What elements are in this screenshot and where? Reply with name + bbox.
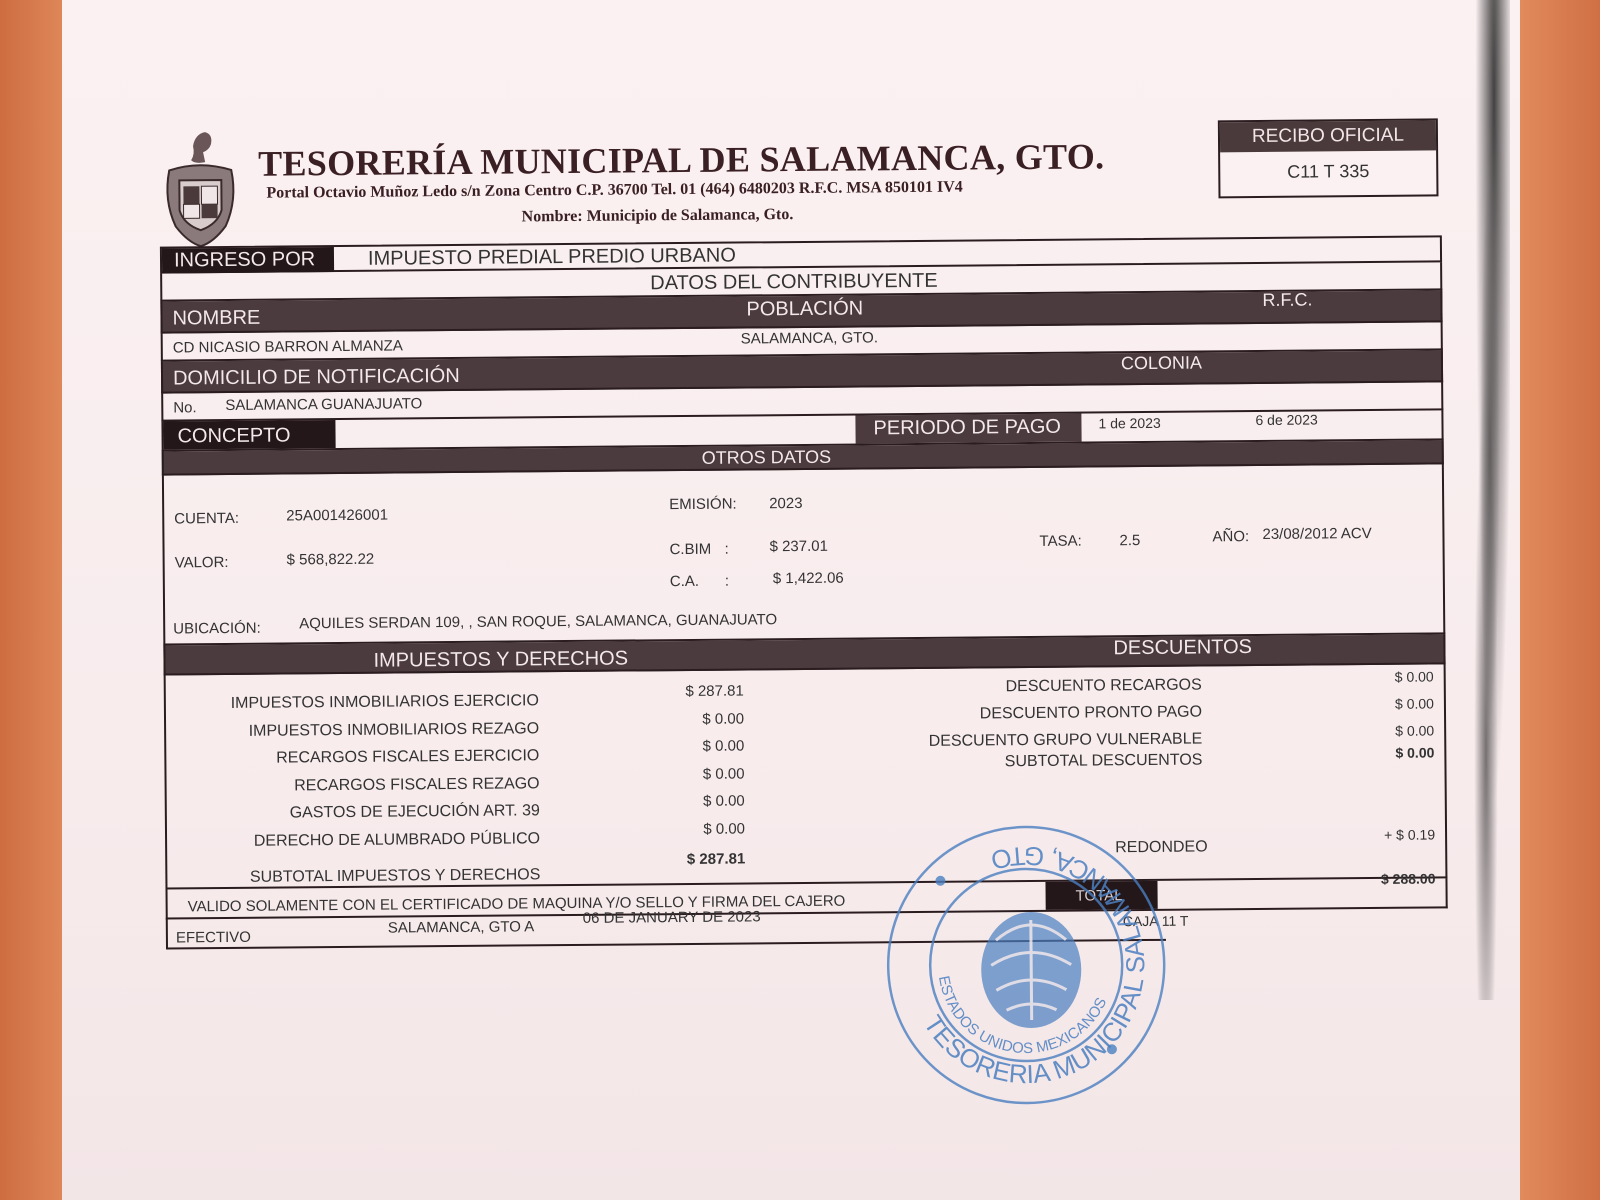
descuento-item-amount: $ 0.00 [1395,722,1434,738]
domicilio-value: SALAMANCA GUANAJUATO [225,395,422,414]
official-receipt-box: RECIBO OFICIAL C11 T 335 [1218,118,1439,198]
receipt-document: TESORERÍA MUNICIPAL DE SALAMANCA, GTO. P… [0,0,1600,1200]
official-receipt-number: C11 T 335 [1220,150,1436,192]
periodo-hasta: 6 de 2023 [1255,411,1317,428]
descuentos-subtotal-value: $ 0.00 [1395,744,1434,760]
impuesto-item-amount: $ 0.00 [702,737,744,754]
impuesto-item-amount: $ 0.00 [703,820,745,837]
descuento-item-label: DESCUENTO RECARGOS [1006,676,1202,696]
treasury-title: TESORERÍA MUNICIPAL DE SALAMANCA, GTO. [258,135,1105,184]
receipt-form: INGRESO POR IMPUESTO PREDIAL PREDIO URBA… [160,235,1448,949]
impuesto-item-label: DERECHO DE ALUMBRADO PÚBLICO [254,830,540,850]
cuenta-value: 25A001426001 [286,507,388,525]
descuentos-subtotal-label: SUBTOTAL DESCUENTOS [1005,751,1203,771]
nombre-label: NOMBRE [172,307,260,331]
impuesto-item-amount: $ 287.81 [685,682,744,700]
ca-value: $ 1,422.06 [773,570,844,588]
impuesto-item-amount: $ 0.00 [703,765,745,782]
emision-value: 2023 [769,495,803,512]
official-receipt-label: RECIBO OFICIAL [1220,120,1436,152]
impuesto-item-label: IMPUESTOS INMOBILIARIOS REZAGO [249,720,540,741]
cuenta-label: CUENTA: [174,510,239,528]
nombre-value: CD NICASIO BARRON ALMANZA [173,337,403,356]
otros-section-title: OTROS DATOS [702,447,832,469]
descuentos-section-title: DESCUENTOS [1113,636,1252,660]
impuesto-item-label: RECARGOS FISCALES EJERCICIO [276,747,539,767]
impuesto-item-amount: $ 0.00 [703,792,745,809]
valor-value: $ 568,822.22 [287,551,375,569]
impuesto-item-amount: $ 0.00 [702,710,744,727]
periodo-label: PERIODO DE PAGO [873,416,1061,441]
ca-label: C.A. [670,573,699,590]
anio-label: AÑO: [1212,528,1249,545]
redondeo-value: + $ 0.19 [1384,826,1435,842]
impuesto-item-label: GASTOS DE EJECUCIÓN ART. 39 [290,802,540,822]
payment-method: EFECTIVO [176,929,251,947]
contribuyente-section-title: DATOS DEL CONTRIBUYENTE [650,270,938,296]
descuento-item-label: DESCUENTO PRONTO PAGO [980,703,1202,723]
domicilio-no-label: No. [173,399,196,416]
cbim-label: C.BIM [669,541,711,558]
total-amount: $ 288.00 [1381,870,1436,886]
poblacion-value: SALAMANCA, GTO. [741,329,878,347]
ingreso-value: IMPUESTO PREDIAL PREDIO URBANO [368,245,736,271]
amounts-panel: IMPUESTOS INMOBILIARIOS EJERCICIO$ 287.8… [164,664,1448,889]
descuento-item-label: DESCUENTO GRUPO VULNERABLE [929,730,1203,750]
descuento-item-amount: $ 0.00 [1395,695,1434,711]
impuesto-item-label: IMPUESTOS INMOBILIARIOS EJERCICIO [231,692,539,713]
impuestos-subtotal-value: $ 287.81 [687,850,746,868]
cbim-value: $ 237.01 [769,538,828,556]
ingreso-label: INGRESO POR [174,248,315,272]
ubicacion-value: AQUILES SERDAN 109, , SAN ROQUE, SALAMAN… [299,611,777,632]
tasa-value: 2.5 [1119,532,1140,549]
colonia-label: COLONIA [1121,352,1202,374]
tasa-label: TASA: [1039,533,1081,550]
impuestos-subtotal-label: SUBTOTAL IMPUESTOS Y DERECHOS [250,866,541,887]
payment-date: 06 DE JANUARY DE 2023 [583,908,761,927]
concepto-label: CONCEPTO [177,424,290,448]
payment-place: SALAMANCA, GTO A [388,918,535,936]
mexican-eagle-seal-icon: TESORERIA MUNICIPAL SALAMANCA, GTO ESTAD… [880,819,1173,1112]
ubicacion-label: UBICACIÓN: [173,620,261,638]
rfc-label: R.F.C. [1262,290,1312,311]
treasury-name: Nombre: Municipio de Salamanca, Gto. [522,206,794,226]
otros-datos-panel: CUENTA: 25A001426001 EMISIÓN: 2023 VALOR… [162,464,1445,645]
domicilio-label: DOMICILIO DE NOTIFICACIÓN [173,365,460,391]
emision-label: EMISIÓN: [669,496,737,514]
descuento-item-amount: $ 0.00 [1395,668,1434,684]
valor-label: VALOR: [175,554,229,571]
municipal-crest-icon [161,130,240,249]
impuestos-section-title: IMPUESTOS Y DERECHOS [373,648,628,673]
impuesto-item-label: RECARGOS FISCALES REZAGO [294,775,540,795]
poblacion-label: POBLACIÓN [746,297,863,321]
anio-value: 23/08/2012 ACV [1262,525,1371,543]
periodo-desde: 1 de 2023 [1098,415,1160,432]
